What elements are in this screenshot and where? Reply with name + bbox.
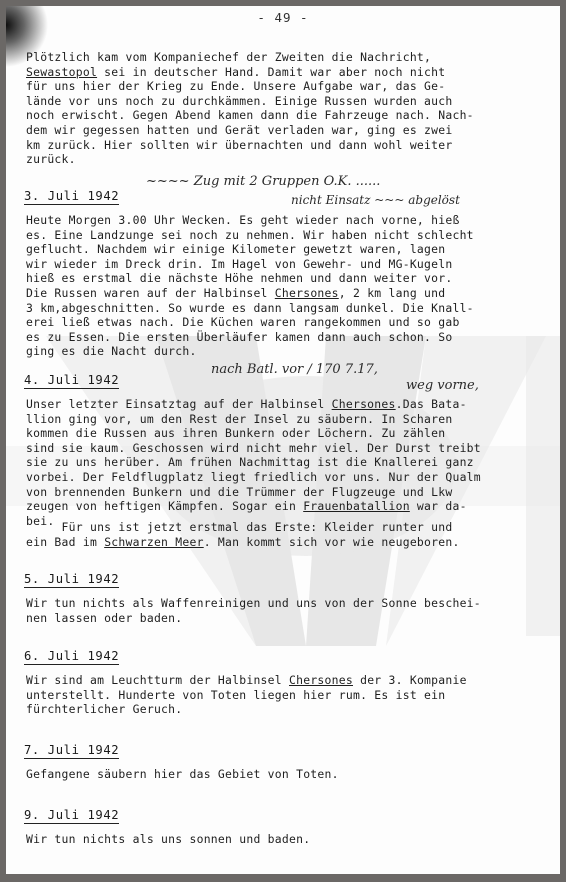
- entry-paragraph: Wir tun nichts als uns sonnen und baden.: [26, 832, 310, 847]
- entry-date: 9. Juli 1942: [24, 808, 119, 824]
- handwritten-note: nach Batl. vor / 170 7.17,: [211, 362, 378, 377]
- entry-paragraph: Wir tun nichts als Waffenreinigen und un…: [26, 596, 481, 625]
- entry-paragraph: Heute Morgen 3.00 Uhr Wecken. Es geht wi…: [26, 213, 474, 359]
- entry-date: 4. Juli 1942: [24, 373, 119, 389]
- document-page: - 49 - Plötzlich kam vom Kompaniechef de…: [6, 6, 560, 874]
- entry-paragraph: Für uns ist jetzt erstmal das Erste: Kle…: [26, 520, 460, 549]
- entry-paragraph: Gefangene säubern hier das Gebiet von To…: [26, 767, 339, 782]
- handwritten-note: nicht Einsatz ~~~ abgelöst: [291, 193, 460, 207]
- entry-date: 3. Juli 1942: [24, 189, 119, 205]
- entry-paragraph: Wir sind am Leuchtturm der Halbinsel Che…: [26, 673, 467, 717]
- intro-paragraph: Plötzlich kam vom Kompaniechef der Zweit…: [26, 50, 474, 167]
- handwritten-note: weg vorne,: [406, 378, 479, 393]
- entry-date: 5. Juli 1942: [24, 572, 119, 588]
- entry-date: 7. Juli 1942: [24, 743, 119, 759]
- entry-paragraph: Unser letzter Einsatztag auf der Halbins…: [26, 397, 481, 528]
- page-number: - 49 -: [6, 10, 560, 25]
- handwritten-note: ~~~~ Zug mit 2 Gruppen O.K. ......: [146, 174, 380, 189]
- entry-date: 6. Juli 1942: [24, 649, 119, 665]
